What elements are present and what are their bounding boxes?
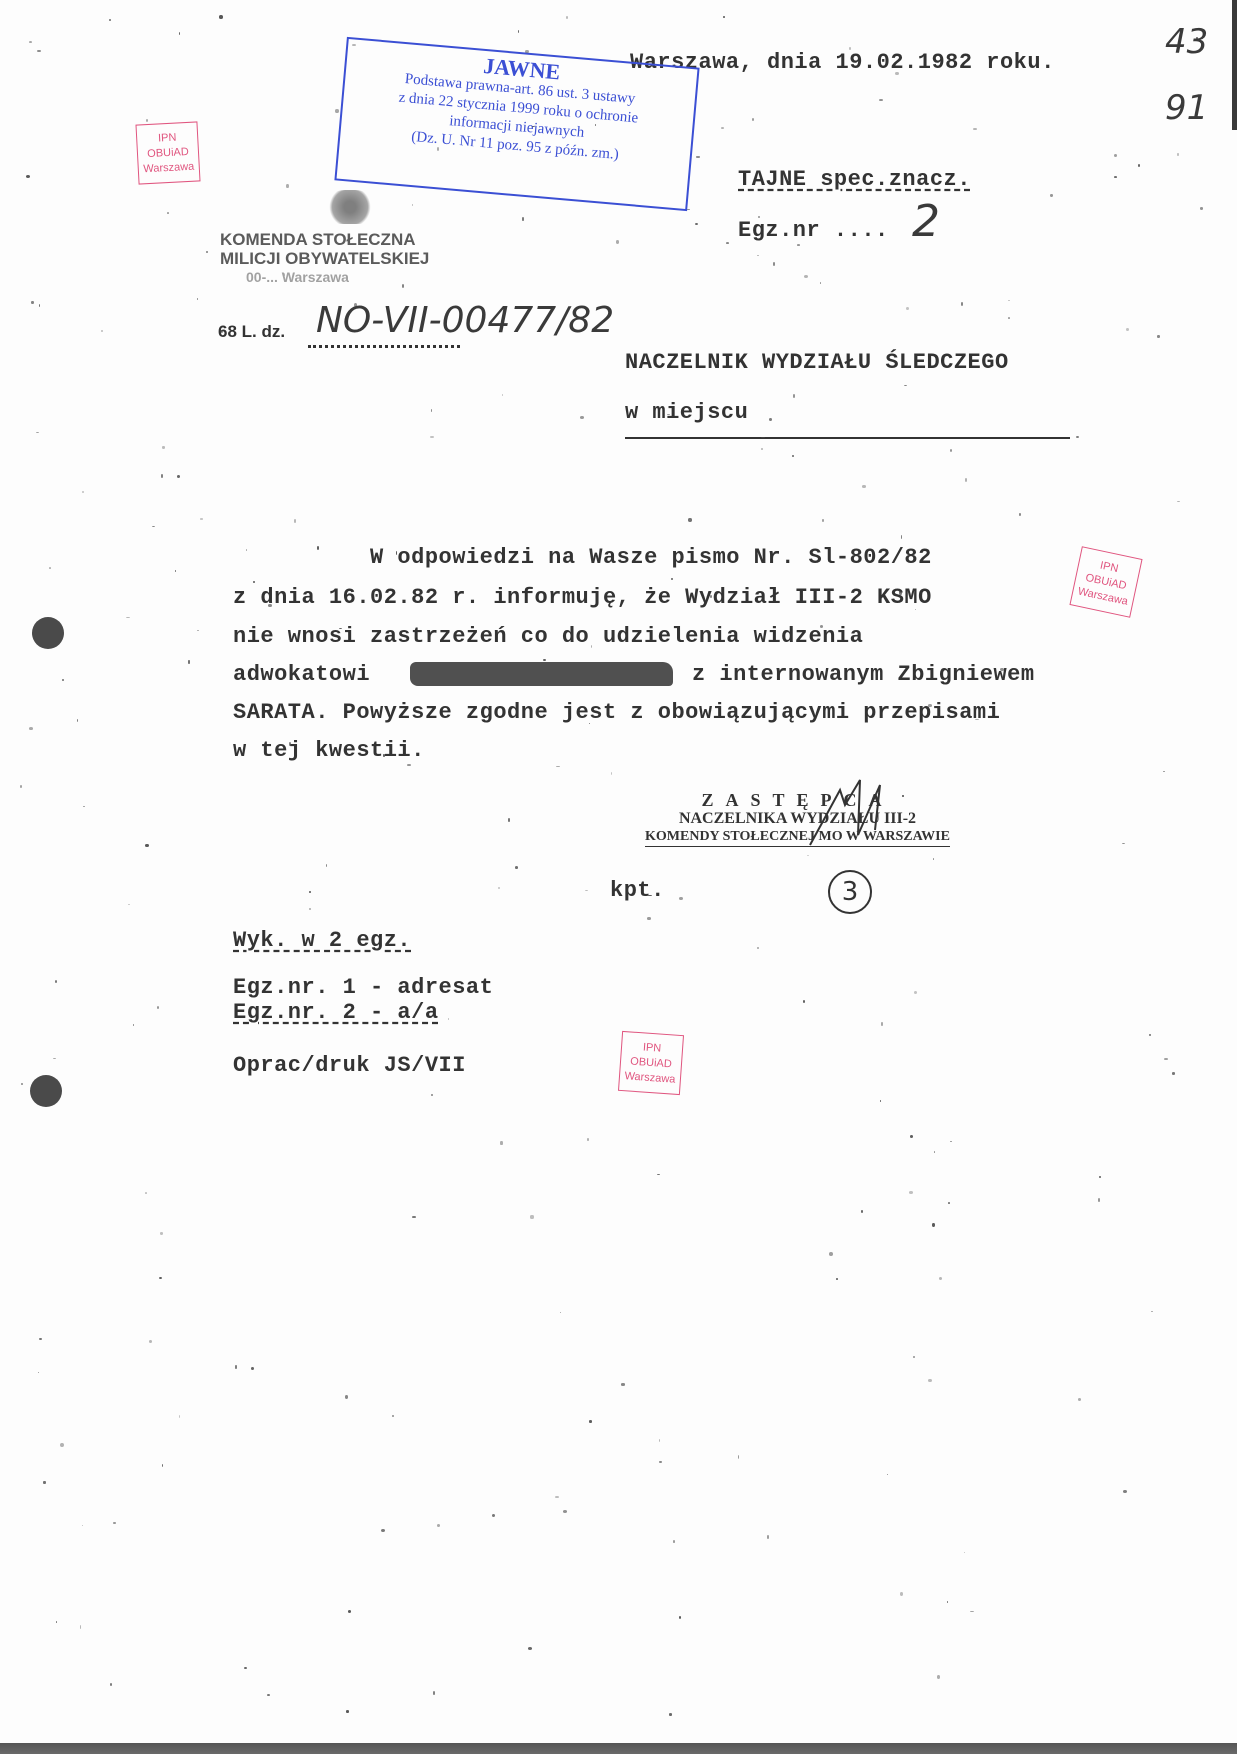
copies-count: Wyk. w 2 egz. <box>233 928 411 953</box>
ipn-stamp: IPN OBUiAD Warszawa <box>1069 546 1142 618</box>
ldz-dotted-line <box>308 345 460 348</box>
ipn-stamp: IPN OBUiAD Warszawa <box>618 1031 684 1095</box>
addressee-underline <box>625 437 1070 439</box>
ldz-label: 68 L. dz. <box>218 322 285 342</box>
copy-1-recipient: Egz.nr. 1 - adresat <box>233 975 493 1000</box>
ipn-stamp-line: Warszawa <box>620 1068 681 1087</box>
scan-edge-bottom <box>0 1743 1237 1754</box>
prepared-by: Oprac/druk JS/VII <box>233 1053 466 1078</box>
redacted-name-block <box>410 662 673 686</box>
ldz-handwritten-number: NO-VII-00477/82 <box>316 300 614 341</box>
body-line: w tej kwestii. <box>233 738 425 763</box>
addressee-line-2: w miejscu <box>625 400 748 425</box>
body-line: nie wnosi zastrzeżeń co do udzielenia wi… <box>233 624 863 649</box>
circled-number: 3 <box>828 870 872 914</box>
copy-number-handwritten: 2 <box>912 196 940 247</box>
ipn-stamp: IPN OBUiAD Warszawa <box>135 121 200 184</box>
body-line: W odpowiedzi na Wasze pismo Nr. Sl-802/8… <box>233 545 932 570</box>
scan-edge-right <box>1232 0 1237 130</box>
punch-hole <box>30 1075 62 1107</box>
copy-2-recipient: Egz.nr. 2 - a/a <box>233 1000 439 1025</box>
rank-label: kpt. <box>610 878 665 903</box>
ipn-stamp-line: Warszawa <box>138 159 199 177</box>
copy-number-label: Egz.nr .... <box>738 218 889 243</box>
office-stamp-line: 00-... Warszawa <box>220 268 429 287</box>
body-line: SARATA. Powyższe zgodne jest z obowiązuj… <box>233 700 1000 725</box>
page-number-handwritten-1: 43 <box>1165 22 1208 62</box>
jawne-declassification-stamp: JAWNE Podstawa prawna-art. 86 ust. 3 ust… <box>334 37 699 211</box>
office-stamp-line: KOMENDA STOŁECZNA <box>220 230 429 249</box>
scanned-document-page: Warszawa, dnia 19.02.1982 roku. 43 91 JA… <box>0 0 1237 1754</box>
body-line: adwokatowi <box>233 662 370 687</box>
addressee-line-1: NACZELNIK WYDZIAŁU ŚLEDCZEGO <box>625 350 1009 375</box>
classification-label: TAJNE spec.znacz. <box>738 167 971 192</box>
office-stamp-line: MILICJI OBYWATELSKIEJ <box>220 249 429 268</box>
body-line: z internowanym Zbigniewem <box>692 662 1035 687</box>
office-stamp: KOMENDA STOŁECZNA MILICJI OBYWATELSKIEJ … <box>220 230 429 287</box>
handwritten-signature-icon <box>800 775 920 855</box>
page-number-handwritten-2: 91 <box>1165 88 1208 128</box>
punch-hole <box>32 617 64 649</box>
eagle-emblem-icon <box>326 190 374 224</box>
body-line: z dnia 16.02.82 r. informuję, że Wydział… <box>233 585 932 610</box>
